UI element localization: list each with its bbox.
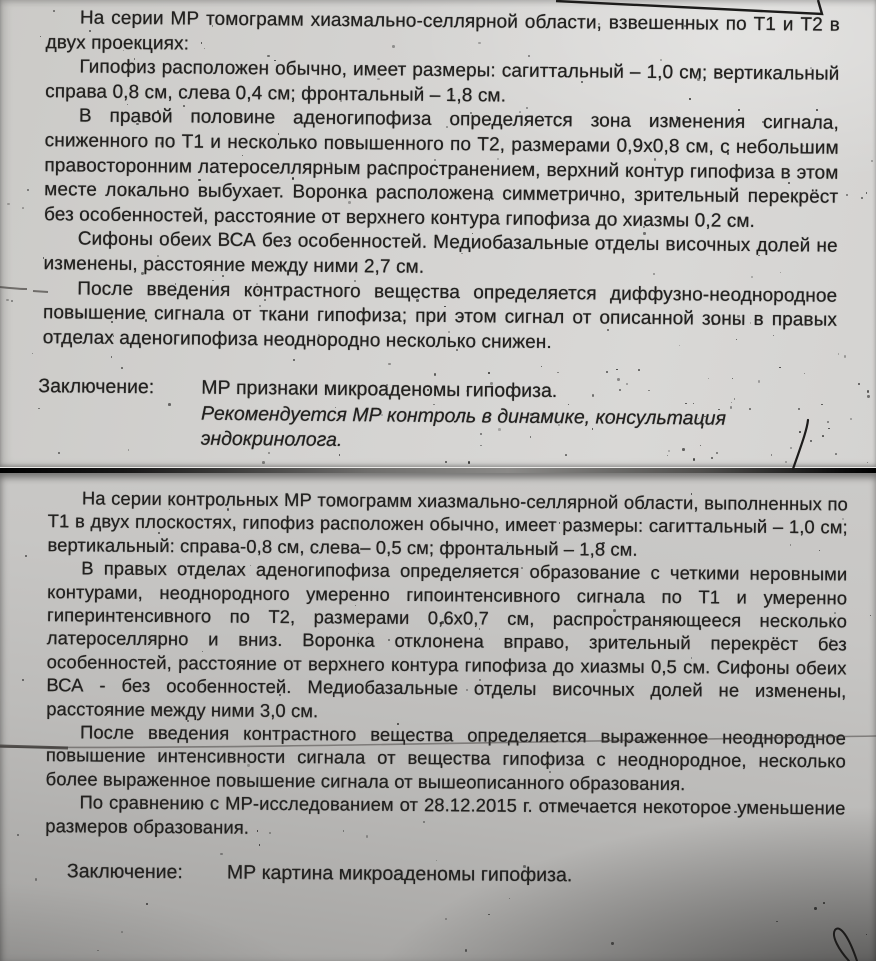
toner-speck [738,109,739,110]
toner-speck [568,404,569,405]
toner-speck [448,331,450,333]
toner-speck [737,315,739,317]
toner-speck [7,203,9,205]
toner-speck [332,527,333,528]
toner-speck [592,428,593,429]
toner-speck [293,359,295,361]
toner-speck [158,532,160,534]
toner-speck [58,452,60,454]
toner-speck [660,59,662,61]
toner-speck [141,272,143,274]
toner-speck [866,934,867,935]
toner-speck [123,50,124,51]
toner-speck [204,48,205,49]
toner-speck [528,55,530,57]
toner-speck [97,950,99,952]
report-paragraph: Гипофиз расположен обычно, имеет размеры… [0,55,875,113]
toner-speck [212,25,214,27]
toner-speck [168,403,171,406]
toner-speck [498,428,501,431]
toner-speck [835,453,837,455]
toner-speck [702,214,705,217]
toner-speck [212,280,213,281]
toner-speck [38,408,39,409]
toner-speck [278,133,280,135]
toner-speck [35,878,37,880]
toner-speck [80,341,82,343]
toner-speck [758,255,760,257]
toner-speck [838,353,839,354]
toner-speck [121,367,123,369]
toner-speck [617,641,618,642]
toner-speck [622,421,624,423]
toner-speck [292,177,294,179]
toner-speck [606,371,608,373]
toner-speck [530,413,533,416]
toner-speck [633,415,634,416]
toner-speck [222,334,224,336]
toner-speck [643,232,645,234]
toner-speck [823,902,825,904]
toner-speck [465,949,468,952]
toner-speck [798,408,799,409]
toner-speck [691,493,692,494]
toner-speck [201,42,202,43]
conclusion-label: Заключение: [38,374,201,401]
toner-speck [218,346,220,348]
toner-speck [611,942,613,944]
toner-speck [816,109,818,111]
toner-speck [762,121,764,123]
toner-speck [386,384,388,386]
toner-speck [53,10,55,12]
report-paragraph: В правой половине аденогипофиза определя… [0,104,875,235]
toner-speck [682,448,685,451]
toner-speck [446,126,448,128]
toner-speck [257,289,259,291]
toner-speck [799,431,801,433]
toner-speck [490,382,493,385]
toner-speck [416,299,418,301]
page-2-text: На серии контрольных МР томограмм хиазма… [0,486,876,891]
toner-speck [732,378,733,379]
report-paragraph: На серии МР томограмм хиазмально-селлярн… [0,6,876,64]
toner-speck [749,408,751,410]
toner-speck [394,119,395,120]
report-paragraph: После введения контрастного вещества опр… [0,720,874,797]
toner-speck [638,369,640,371]
toner-speck [488,372,489,373]
toner-speck [392,45,395,48]
toner-speck [693,458,695,460]
toner-speck [613,609,616,612]
toner-speck [227,508,229,510]
toner-speck [43,257,44,258]
report-paragraph: Сифоны обеих ВСА без особенностей. Медио… [0,227,874,285]
toner-speck [565,454,567,456]
conclusion-block-2: Заключение: МР картина микроаденомы гипо… [0,859,873,891]
toner-speck [352,527,355,530]
toner-speck [697,78,700,81]
toner-speck [468,461,470,463]
report-page-2: На серии контрольных МР томограмм хиазма… [0,473,876,961]
toner-speck [478,42,480,44]
toner-speck [397,723,399,725]
report-paragraph: В правых отделах аденогипофиза определяе… [0,556,875,727]
toner-speck [366,835,368,837]
toner-speck [348,201,351,204]
toner-speck [105,615,107,617]
toner-speck [436,860,437,861]
toner-speck [377,78,379,80]
toner-speck [367,227,368,228]
toner-speck [267,55,269,57]
toner-speck [676,116,679,119]
conclusion-text: МР признаки микроаденомы гипофиза. Реком… [201,376,777,458]
toner-speck [279,694,281,696]
toner-speck [711,457,713,459]
toner-speck [733,120,734,121]
toner-speck [790,447,792,449]
toner-speck [444,306,445,307]
toner-speck [441,621,444,624]
toner-speck [683,122,685,124]
toner-speck [466,689,468,691]
report-paragraph: По сравнению с МР-исследованием от 28.12… [0,790,874,844]
toner-speck [22,207,24,209]
toner-speck [509,898,510,899]
toner-speck [790,544,791,545]
toner-speck [445,918,447,920]
toner-speck [653,273,655,275]
report-page-1: На серии МР томограмм хиазмально-селлярн… [0,0,876,468]
conclusion-recommendation: Рекомендуется МР контроль в динамике, ко… [201,401,776,457]
toner-speck [867,390,869,392]
toner-speck [121,931,123,933]
toner-speck [445,461,447,463]
toner-speck [452,95,453,96]
toner-speck [549,771,550,772]
report-paragraph: На серии контрольных МР томограмм хиазма… [0,486,876,563]
toner-speck [434,373,436,375]
toner-speck [27,189,29,191]
toner-speck [427,389,428,390]
toner-speck [485,293,486,294]
toner-speck [433,404,434,405]
toner-speck [438,763,439,764]
toner-speck [788,182,790,184]
toner-speck [617,378,620,381]
toner-speck [247,764,249,766]
toner-speck [488,914,489,915]
toner-speck [480,433,482,435]
toner-speck [668,450,670,452]
toner-speck [262,461,265,464]
toner-speck [727,152,730,155]
toner-speck [598,23,600,25]
report-paragraph: После введения контрастного вещества опр… [0,276,873,358]
toner-speck [810,67,812,69]
toner-speck [523,865,526,868]
toner-speck [183,105,185,107]
toner-speck [867,395,869,397]
toner-speck [11,300,13,302]
toner-speck [187,720,189,722]
toner-speck [388,363,390,365]
toner-speck [685,403,686,404]
toner-speck [276,245,277,246]
toner-speck [810,440,811,441]
toner-speck [146,903,148,905]
conclusion-finding: МР картина микроаденомы гипофиза. [227,861,573,889]
toner-speck [339,454,340,455]
toner-speck [730,406,732,408]
toner-speck [600,416,601,417]
toner-speck [844,355,846,357]
page-1-text: На серии МР томограмм хиазмально-селлярн… [0,6,876,459]
toner-speck [157,110,159,112]
toner-speck [689,98,690,99]
toner-speck [834,612,836,614]
toner-speck [268,452,270,454]
toner-speck [821,404,823,406]
toner-speck [160,142,162,144]
toner-speck [521,567,523,569]
toner-speck [581,81,583,83]
toner-speck [822,435,824,437]
toner-speck [776,921,778,923]
scanned-report-photo: На серии МР томограмм хиазмально-селлярн… [0,0,876,961]
conclusion-label: Заключение: [67,859,227,885]
conclusion-block-1: Заключение: МР признаки микроаденомы гип… [0,374,872,459]
toner-speck [511,391,513,393]
toner-speck [814,907,817,910]
toner-speck [129,212,131,214]
toner-speck [222,275,224,277]
toner-speck [420,738,422,740]
toner-speck [233,778,235,780]
toner-speck [870,615,871,616]
toner-speck [785,461,787,463]
toner-speck [318,334,320,336]
toner-speck [867,462,868,463]
